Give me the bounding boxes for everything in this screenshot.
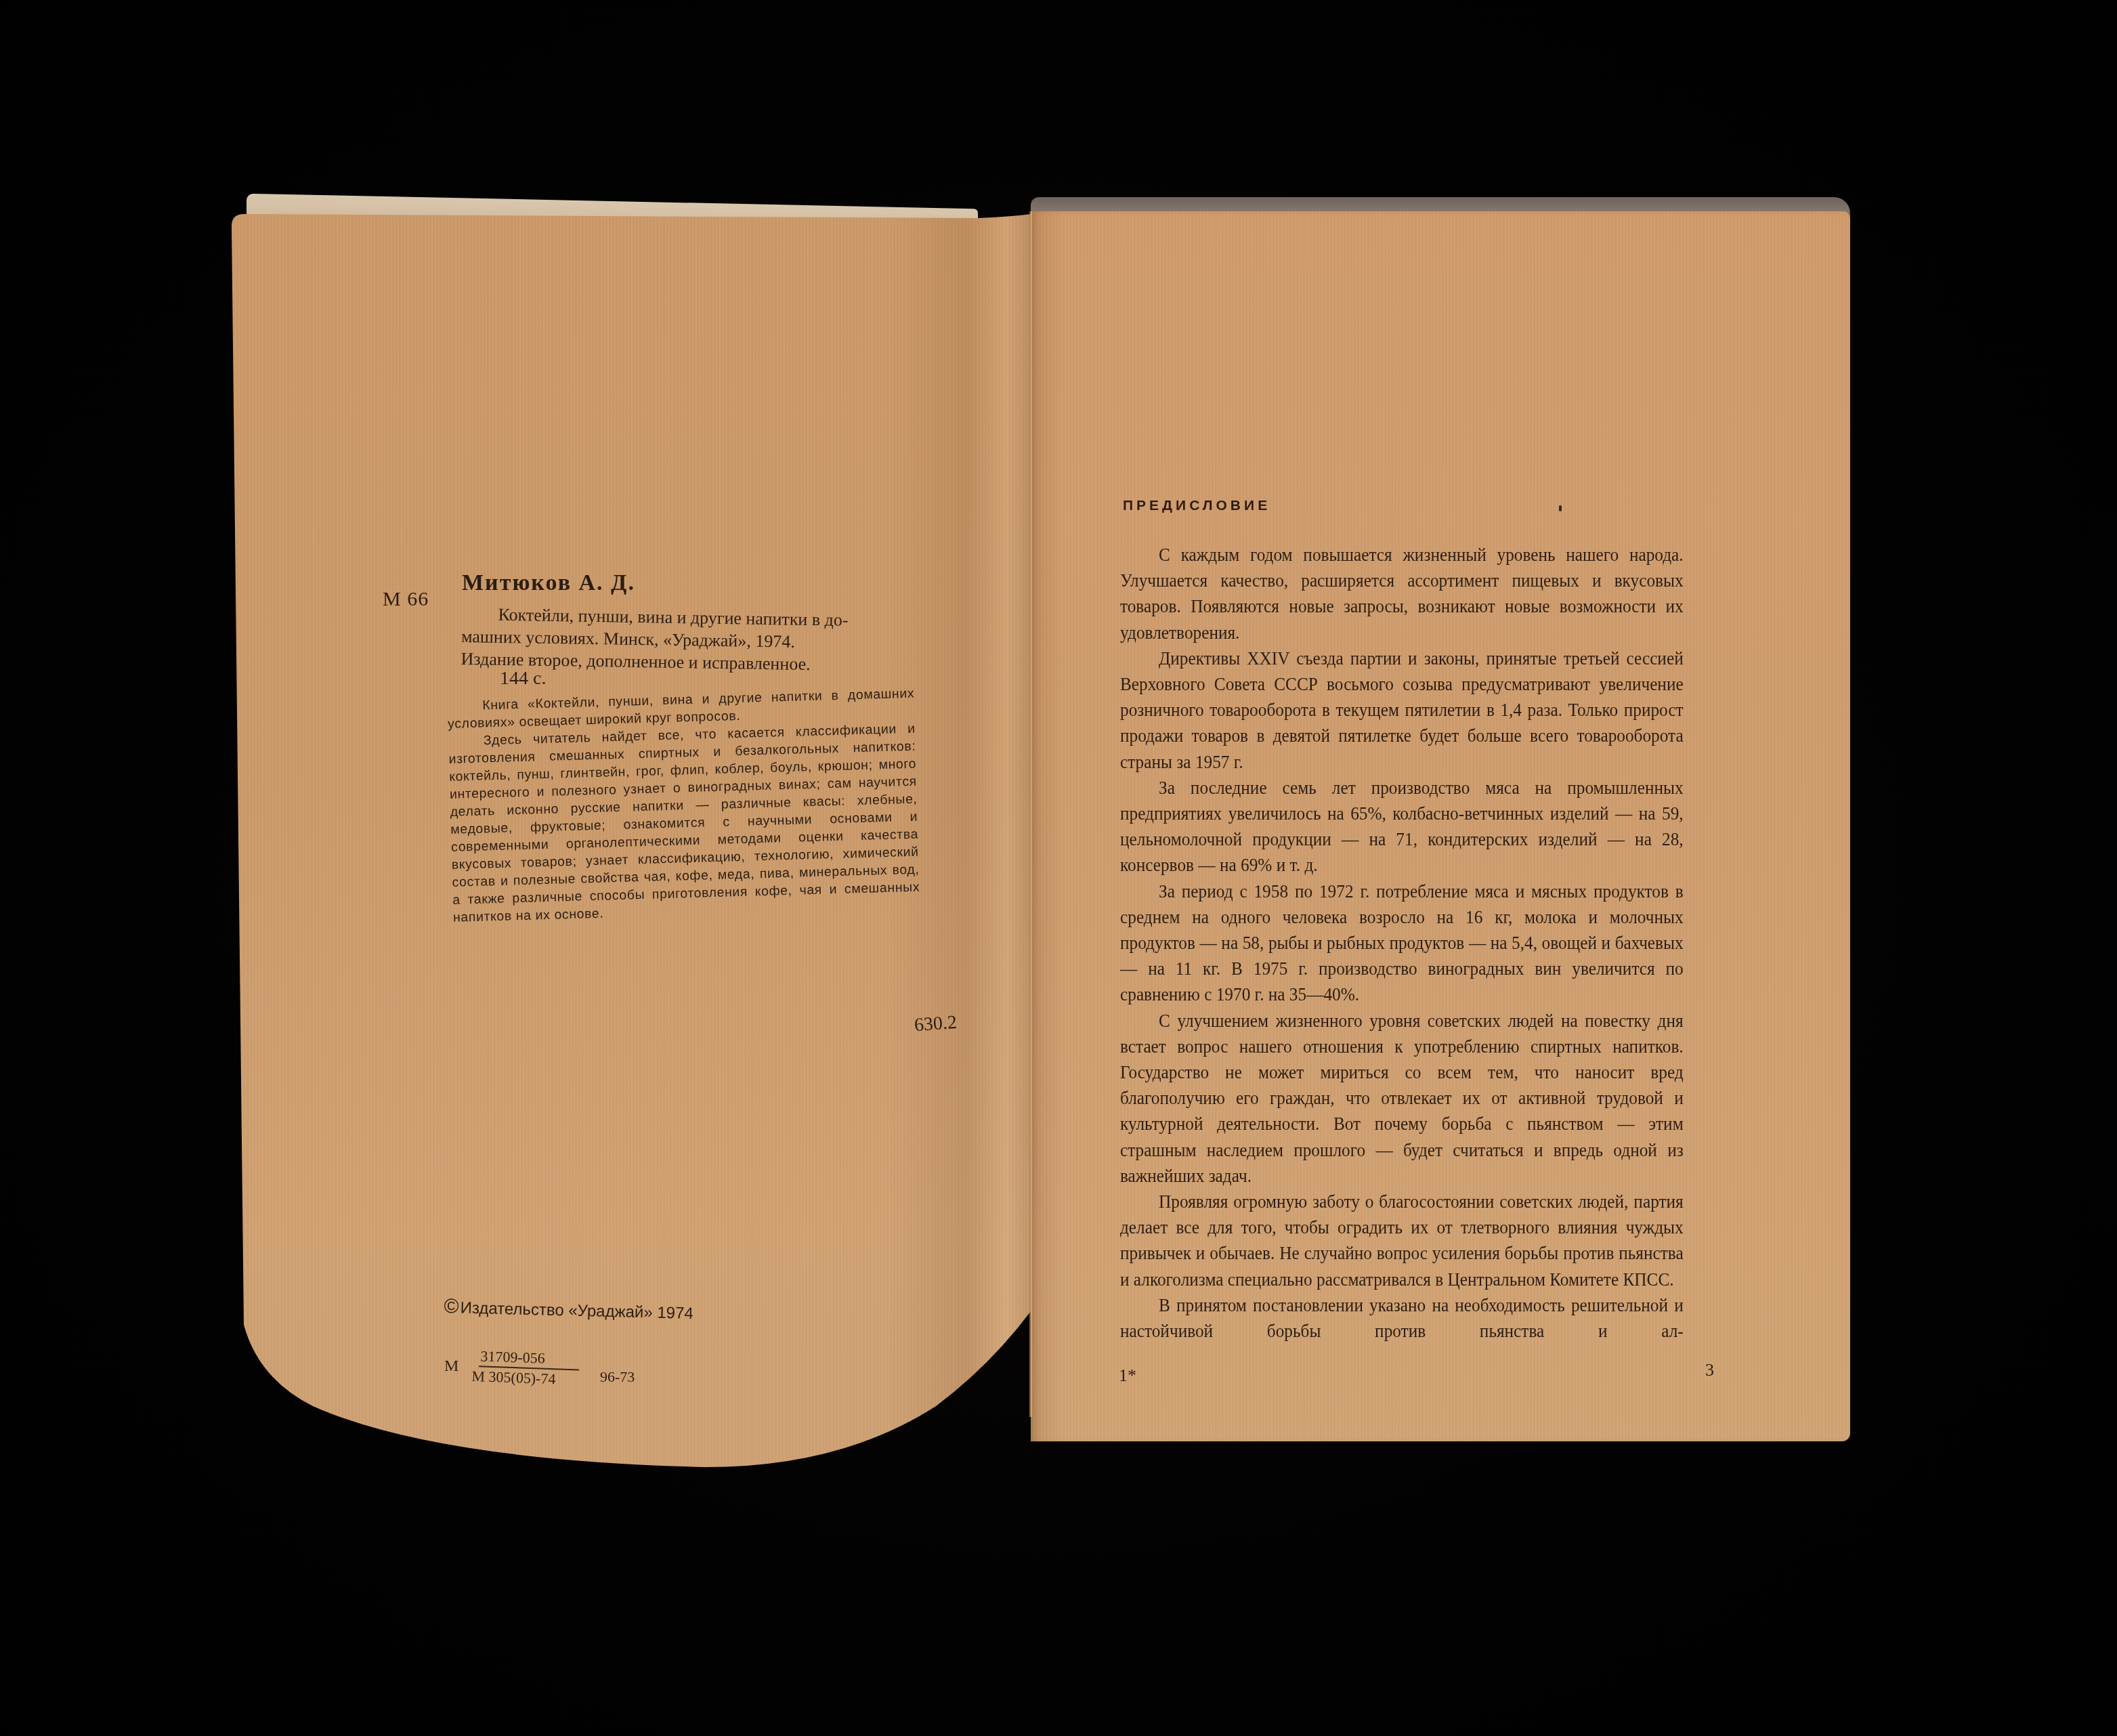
preface-paragraph: За последние семь лет производство мяса … xyxy=(1120,775,1684,878)
preface-paragraph: В принятом постановлении указано на необ… xyxy=(1120,1292,1684,1344)
preface-paragraph: С каждым годом повышается жизненный уров… xyxy=(1120,542,1684,645)
bibliographic-description: Коктейли, пунши, вина и другие напитки в… xyxy=(461,600,916,677)
book-annotation: Книга «Коктейли, пунши, вина и другие на… xyxy=(447,685,920,927)
price-code-letter: М xyxy=(444,1357,458,1376)
copyright-icon: © xyxy=(444,1295,459,1318)
preface-paragraph: С улучшением жизненного уровня советских… xyxy=(1120,1008,1684,1189)
open-book: М 66 Митюков А. Д. Коктейли, пунши, вина… xyxy=(0,0,2117,1736)
catalog-code: М 66 xyxy=(383,588,429,611)
price-code-suffix: 96-73 xyxy=(600,1368,635,1386)
signature-mark: 1* xyxy=(1119,1365,1136,1386)
preface-text: С каждым годом повышается жизненный уров… xyxy=(1120,542,1684,1344)
classifier-code: 630.2 xyxy=(914,1012,958,1036)
book-gutter xyxy=(1029,211,1032,1417)
price-code-fraction: 31709-056 М 305(05)-74 xyxy=(471,1348,580,1388)
page-count: 144 с. xyxy=(500,668,546,690)
annotation-paragraph: Здесь читатель найдет все, что касается … xyxy=(448,720,920,927)
preface-paragraph: Проявляя огромную заботу о благосостояни… xyxy=(1120,1189,1684,1292)
preface-paragraph: За период с 1958 по 1972 г. потребление … xyxy=(1120,878,1684,1008)
copyright-text: Издательство «Ураджай» 1974 xyxy=(460,1299,693,1323)
page-number: 3 xyxy=(1705,1360,1714,1380)
preface-paragraph: Директивы XXIV съезда партии и законы, п… xyxy=(1120,645,1684,775)
paper-speck xyxy=(1559,505,1562,511)
chapter-title: ПРЕДИСЛОВИЕ xyxy=(1123,498,1270,514)
price-code-numerator: 31709-056 xyxy=(472,1348,580,1368)
catalog-author: Митюков А. Д. xyxy=(462,570,635,596)
